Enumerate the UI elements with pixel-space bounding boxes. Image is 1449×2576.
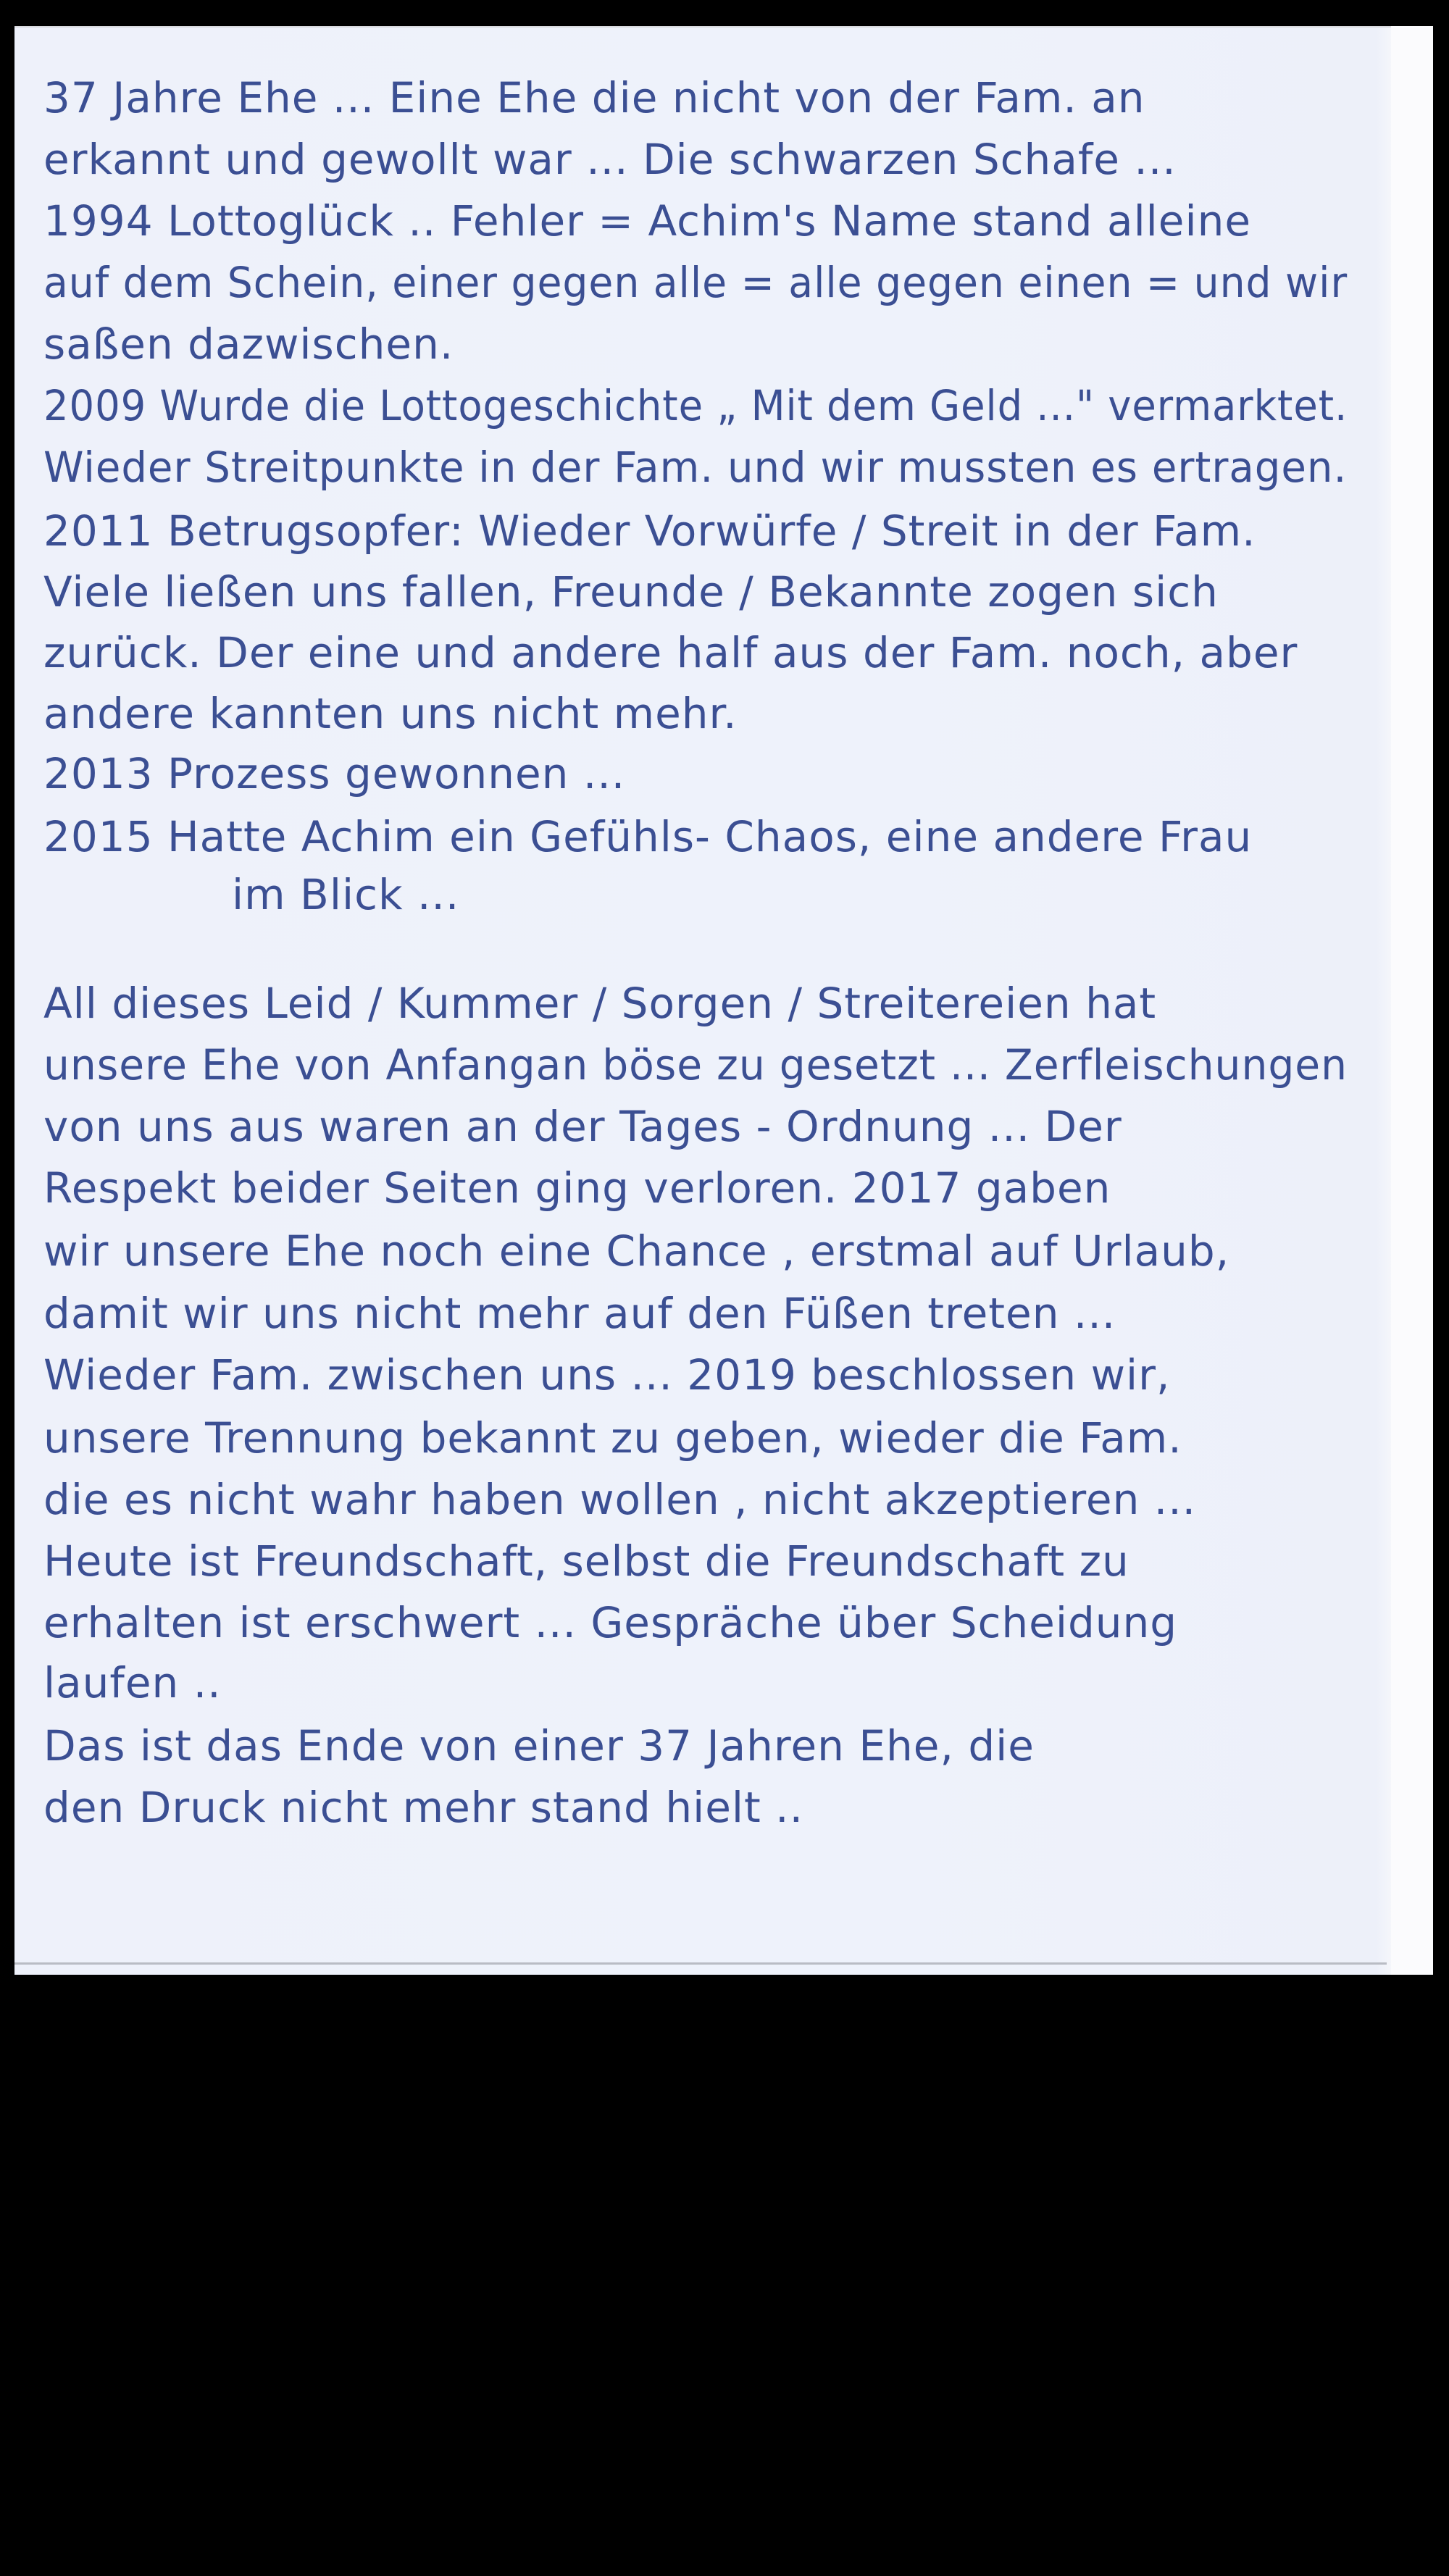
text-line: im Blick ... (232, 874, 459, 916)
text-line: auf dem Schein, einer gegen alle = alle … (43, 262, 1348, 304)
text-line: Wieder Fam. zwischen uns ... 2019 beschl… (43, 1354, 1170, 1396)
text-line: damit wir uns nicht mehr auf den Füßen t… (43, 1292, 1116, 1334)
text-line: 2011 Betrugsopfer: Wieder Vorwürfe / Str… (43, 510, 1256, 552)
text-line: 2009 Wurde die Lottogeschichte „ Mit dem… (43, 385, 1348, 427)
text-line: Das ist das Ende von einer 37 Jahren Ehe… (43, 1725, 1035, 1767)
text-line: andere kannten uns nicht mehr. (43, 693, 738, 735)
text-line: 1994 Lottoglück .. Fehler = Achim's Name… (43, 200, 1251, 242)
text-line: unsere Trennung bekannt zu geben, wieder… (43, 1417, 1182, 1459)
text-line: zurück. Der eine und andere half aus der… (43, 632, 1298, 674)
text-line: All dieses Leid / Kummer / Sorgen / Stre… (43, 982, 1156, 1024)
text-line: 2013 Prozess gewonnen ... (43, 753, 625, 795)
page-margin-strip (1391, 26, 1433, 1975)
text-line: 2015 Hatte Achim ein Gefühls- Chaos, ein… (43, 816, 1252, 858)
text-line: erhalten ist erschwert ... Gespräche übe… (43, 1602, 1177, 1644)
text-line: Viele ließen uns fallen, Freunde / Bekan… (43, 571, 1219, 613)
text-line: wir unsere Ehe noch eine Chance , erstma… (43, 1230, 1229, 1272)
text-line: laufen .. (43, 1662, 222, 1704)
text-line: die es nicht wahr haben wollen , nicht a… (43, 1479, 1196, 1521)
text-line: saßen dazwischen. (43, 323, 454, 365)
text-line: den Druck nicht mehr stand hielt .. (43, 1786, 803, 1828)
text-line: Wieder Streitpunkte in der Fam. und wir … (43, 446, 1347, 488)
text-line: von uns aus waren an der Tages - Ordnung… (43, 1105, 1122, 1147)
text-line: Heute ist Freundschaft, selbst die Freun… (43, 1540, 1129, 1582)
text-line: erkannt und gewollt war ... Die schwarze… (43, 138, 1177, 180)
text-line: Respekt beider Seiten ging verloren. 201… (43, 1167, 1111, 1209)
page-bottom-edge (14, 1962, 1387, 1965)
scanned-letter-page: 37 Jahre Ehe ... Eine Ehe die nicht von … (14, 26, 1433, 1975)
text-line: unsere Ehe von Anfangan böse zu gesetzt … (43, 1044, 1348, 1086)
text-line: 37 Jahre Ehe ... Eine Ehe die nicht von … (43, 77, 1145, 119)
